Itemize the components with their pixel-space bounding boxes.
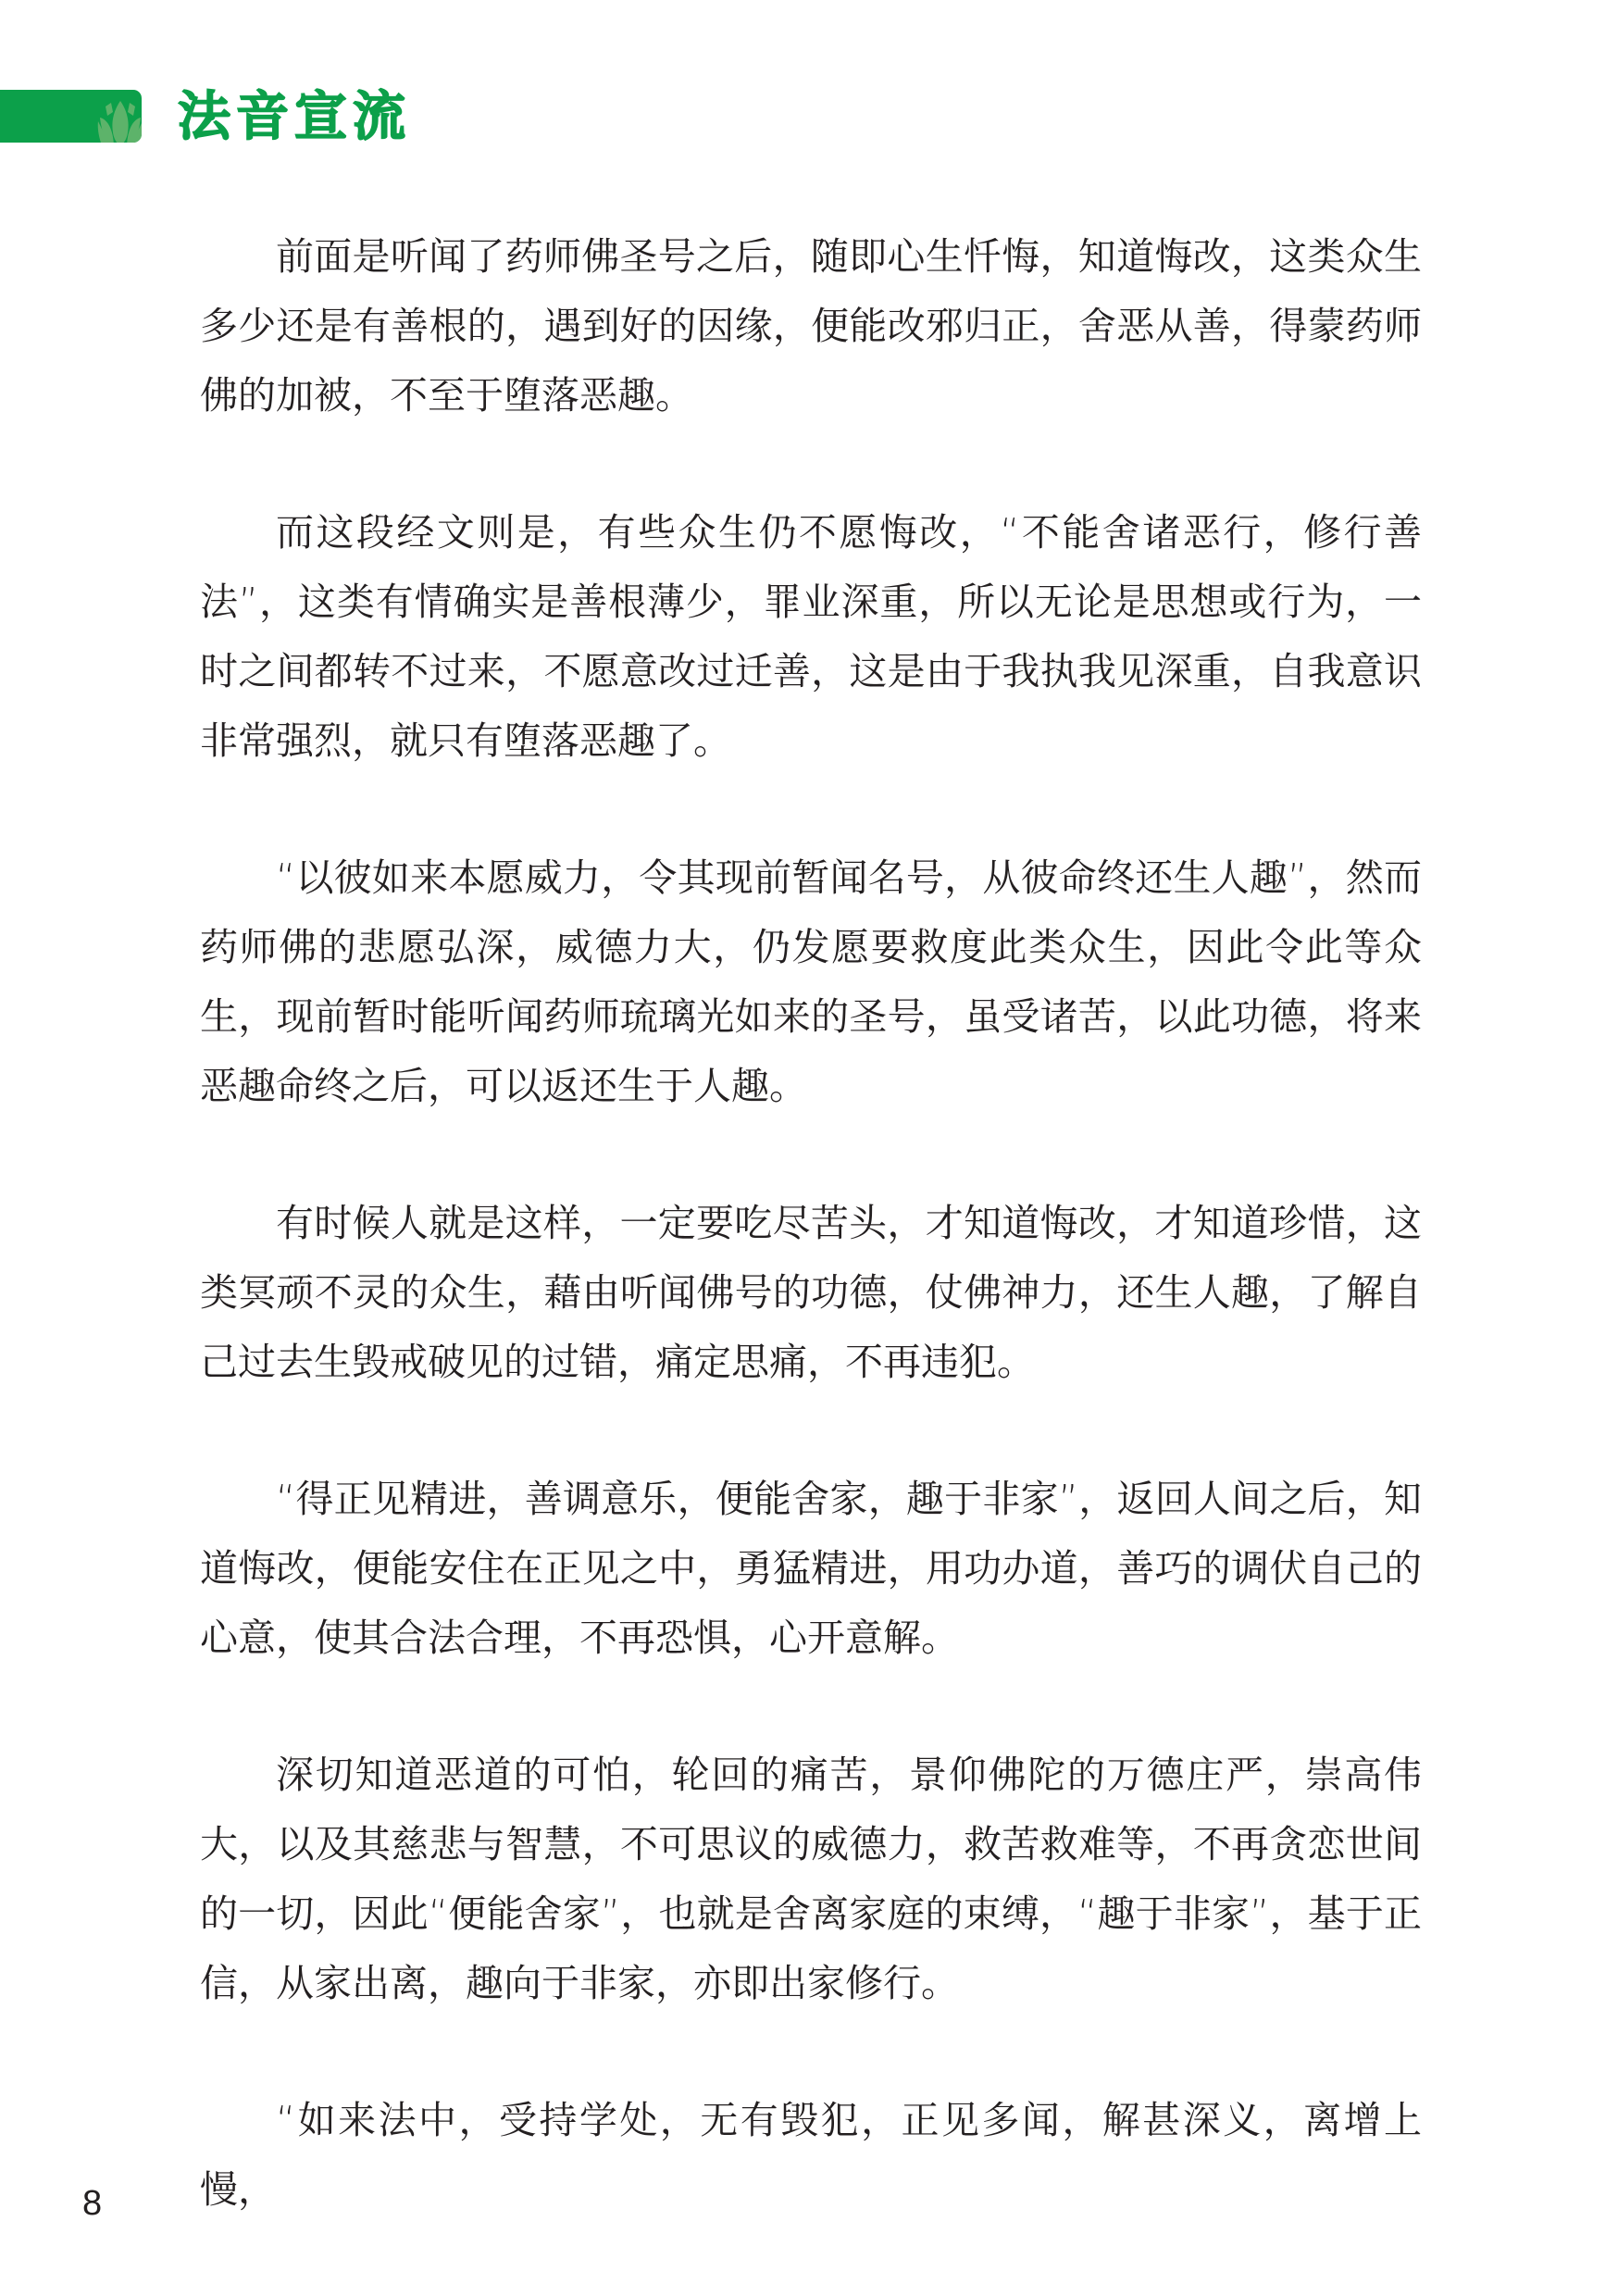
lotus-icon (96, 101, 142, 143)
paragraph: 有时候人就是这样，一定要吃尽苦头，才知道悔改，才知道珍惜，这类冥顽不灵的众生，藉… (200, 1189, 1422, 1397)
page-number: 8 (82, 2183, 102, 2224)
section-title: 法音宣流 (178, 89, 411, 144)
paragraph: “如来法中，受持学处，无有毁犯，正见多闻，解甚深义，离增上慢， (200, 2086, 1422, 2225)
paragraph: “得正见精进，善调意乐，便能舍家，趣于非家”，返回人间之后，知道悔改，便能安住在… (200, 1465, 1422, 1673)
article-body: 前面是听闻了药师佛圣号之后，随即心生忏悔，知道悔改，这类众生多少还是有善根的，遇… (200, 222, 1422, 2292)
paragraph: “以彼如来本愿威力，令其现前暂闻名号，从彼命终还生人趣”，然而药师佛的悲愿弘深，… (200, 843, 1422, 1121)
header-accent-bar (0, 90, 142, 143)
paragraph: 而这段经文则是，有些众生仍不愿悔改，“不能舍诸恶行，修行善法”，这类有情确实是善… (200, 498, 1422, 776)
paragraph: 深切知道恶道的可怕，轮回的痛苦，景仰佛陀的万德庄严，崇高伟大，以及其慈悲与智慧，… (200, 1741, 1422, 2018)
paragraph: 前面是听闻了药师佛圣号之后，随即心生忏悔，知道悔改，这类众生多少还是有善根的，遇… (200, 222, 1422, 430)
